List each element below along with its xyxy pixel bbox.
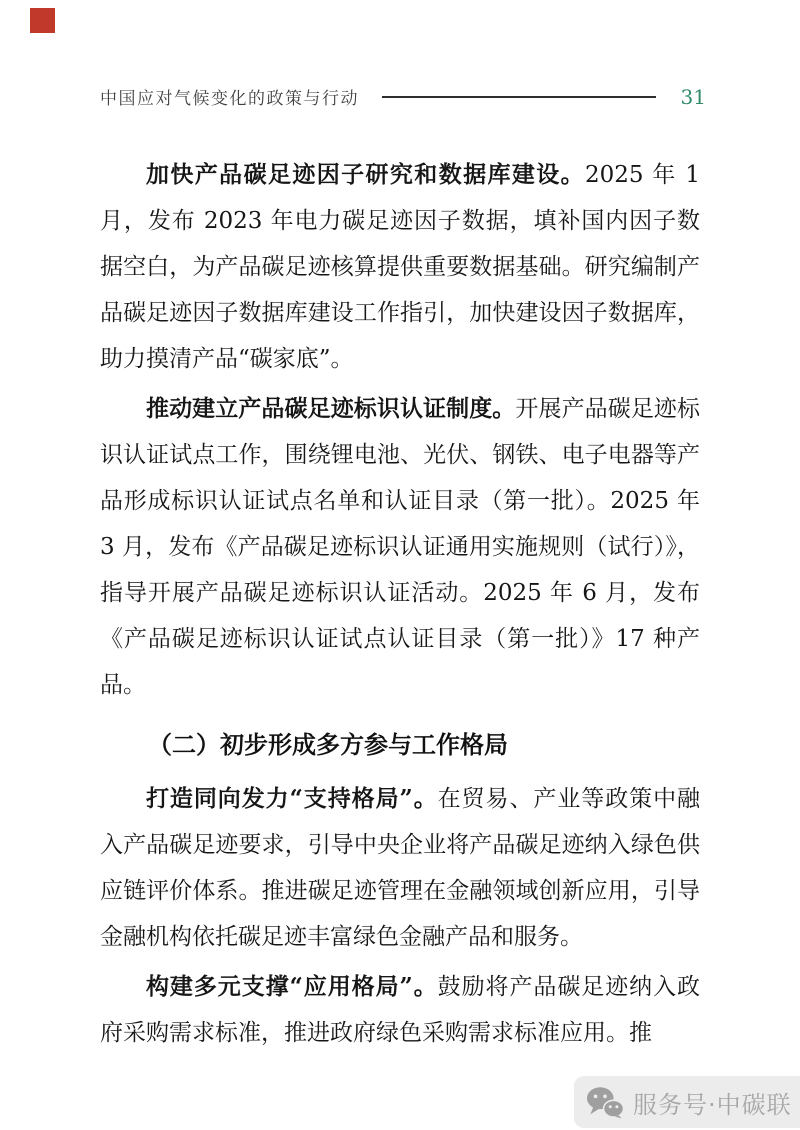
- paragraph-lead: 加快产品碳足迹因子研究和数据库建设。: [146, 161, 585, 188]
- document-page: 中国应对气候变化的政策与行动 31 加快产品碳足迹因子研究和数据库建设。2025…: [0, 0, 800, 1130]
- paragraph-support-pattern: 打造同向发力“支持格局”。在贸易、产业等政策中融入产品碳足迹要求，引导中央企业将…: [100, 776, 700, 960]
- red-corner-mark: [30, 8, 55, 33]
- paragraph-carbon-factor-database: 加快产品碳足迹因子研究和数据库建设。2025 年 1 月，发布 2023 年电力…: [100, 152, 700, 382]
- paragraph-lead: 推动建立产品碳足迹标识认证制度。: [146, 395, 515, 422]
- section-heading: （二）初步形成多方参与工作格局: [100, 722, 700, 768]
- running-header-title: 中国应对气候变化的政策与行动: [100, 84, 359, 109]
- page-number: 31: [681, 85, 706, 109]
- paragraph-lead: 打造同向发力“支持格局”。: [146, 785, 438, 812]
- body-text: 加快产品碳足迹因子研究和数据库建设。2025 年 1 月，发布 2023 年电力…: [100, 152, 700, 1060]
- watermark-label: 服务号·中碳联: [633, 1085, 792, 1120]
- paragraph-lead: 构建多元支撑“应用格局”。: [146, 973, 438, 1000]
- paragraph-text: 2025 年 1 月，发布 2023 年电力碳足迹因子数据，填补国内因子数据空白…: [100, 162, 700, 372]
- paragraph-text: 开展产品碳足迹标识认证试点工作，围绕锂电池、光伏、钢铁、电子电器等产品形成标识认…: [100, 396, 700, 698]
- paragraph-application-pattern: 构建多元支撑“应用格局”。鼓励将产品碳足迹纳入政府采购需求标准，推进政府绿色采购…: [100, 964, 700, 1056]
- header-rule: [382, 96, 656, 98]
- wechat-watermark: 服务号·中碳联: [574, 1076, 800, 1128]
- page-header: 中国应对气候变化的政策与行动 31: [100, 84, 706, 109]
- wechat-icon: [586, 1086, 624, 1119]
- paragraph-label-certification: 推动建立产品碳足迹标识认证制度。开展产品碳足迹标识认证试点工作，围绕锂电池、光伏…: [100, 386, 700, 708]
